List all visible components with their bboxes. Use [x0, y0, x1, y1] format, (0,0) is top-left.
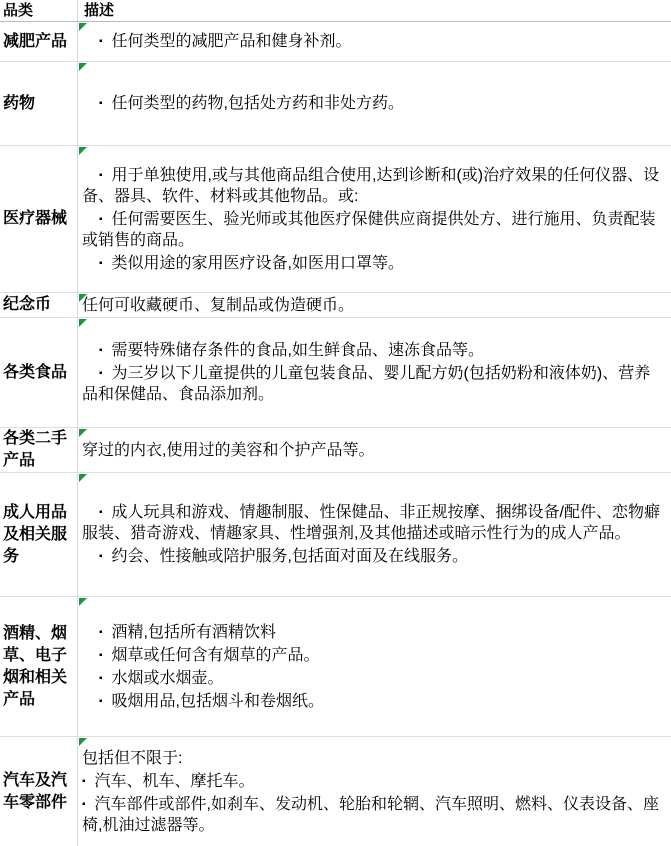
bullet-icon: ▪ [82, 776, 86, 787]
description-line: ▪为三岁以下儿童提供的儿童包装食品、婴儿配方奶(包括奶粉和液体奶)、营养品和保健… [82, 363, 663, 405]
category-cell[interactable]: 减肥产品 [0, 22, 78, 61]
bullet-icon: ▪ [99, 258, 103, 269]
category-cell[interactable]: 纪念币 [0, 293, 78, 317]
description-cell[interactable]: 穿过的内衣,使用过的美容和个护产品等。 [78, 428, 671, 472]
description-line: ▪任何需要医生、验光师或其他医疗保健供应商提供处方、进行施用、负责配装或销售的商… [82, 209, 663, 251]
row-weight-loss-products: 减肥产品 ▪任何类型的减肥产品和健身补剂。 [0, 22, 671, 62]
category-cell[interactable]: 成人用品及相关服务 [0, 473, 78, 596]
description-cell[interactable]: ▪需要特殊储存条件的食品,如生鲜食品、速冻食品等。▪为三岁以下儿童提供的儿童包装… [78, 318, 671, 427]
cell-error-triangle-icon [79, 63, 87, 71]
category-cell[interactable]: 药物 [0, 62, 78, 145]
category-cell[interactable]: 医疗器械 [0, 146, 78, 292]
row-drugs: 药物 ▪任何类型的药物,包括处方药和非处方药。 [0, 62, 671, 146]
prohibited-products-table: 品类 描述 减肥产品 ▪任何类型的减肥产品和健身补剂。 药物 ▪任何类型的药物,… [0, 0, 671, 846]
row-commemorative-coins: 纪念币 任何可收藏硬币、复制品或伪造硬币。 [0, 293, 671, 318]
description-line: ▪类似用途的家用医疗设备,如医用口罩等。 [82, 253, 663, 274]
cell-error-triangle-icon [79, 23, 87, 31]
cell-error-triangle-icon [79, 319, 87, 327]
description-cell[interactable]: 包括但不限于:▪汽车、机车、摩托车。▪汽车部件或部件,如刹车、发动机、轮胎和轮辋… [78, 737, 671, 846]
description-cell[interactable]: ▪成人玩具和游戏、情趣制服、性保健品、非正规按摩、捆绑设备/配件、恋物癖服装、猎… [78, 473, 671, 596]
category-label: 各类食品 [3, 362, 67, 384]
row-medical-devices: 医疗器械 ▪用于单独使用,或与其他商品组合使用,达到诊断和(或)治疗效果的任何仪… [0, 146, 671, 293]
header-cell-category: 品类 [0, 0, 78, 21]
description-line: 任何可收藏硬币、复制品或伪造硬币。 [82, 295, 663, 316]
bullet-icon: ▪ [99, 696, 103, 707]
category-cell[interactable]: 汽车及汽车零部件 [0, 737, 78, 846]
description-cell[interactable]: ▪酒精,包括所有酒精饮料▪烟草或任何含有烟草的产品。▪水烟或水烟壶。▪吸烟用品,… [78, 597, 671, 736]
bullet-icon: ▪ [99, 650, 103, 661]
description-line: ▪任何类型的减肥产品和健身补剂。 [82, 31, 663, 52]
bullet-icon: ▪ [99, 214, 103, 225]
cell-error-triangle-icon [79, 429, 87, 437]
cell-error-triangle-icon [79, 738, 87, 746]
description-line: ▪吸烟用品,包括烟斗和卷烟纸。 [82, 691, 663, 712]
cell-error-triangle-icon [79, 598, 87, 606]
cell-error-triangle-icon [79, 294, 87, 302]
category-cell[interactable]: 各类二手产品 [0, 428, 78, 472]
bullet-icon: ▪ [99, 98, 103, 109]
description-line: ▪约会、性接触或陪护服务,包括面对面及在线服务。 [82, 546, 663, 567]
bullet-icon: ▪ [99, 170, 103, 181]
category-label: 各类二手产品 [3, 428, 70, 472]
category-label: 减肥产品 [3, 31, 67, 53]
cell-error-triangle-icon [79, 147, 87, 155]
bullet-icon: ▪ [99, 345, 103, 356]
row-various-foods: 各类食品 ▪需要特殊储存条件的食品,如生鲜食品、速冻食品等。▪为三岁以下儿童提供… [0, 318, 671, 428]
description-line: ▪水烟或水烟壶。 [82, 668, 663, 689]
category-label: 汽车及汽车零部件 [3, 770, 70, 814]
description-line: ▪汽车、机车、摩托车。 [82, 771, 663, 792]
description-line: ▪烟草或任何含有烟草的产品。 [82, 645, 663, 666]
description-line: ▪需要特殊储存条件的食品,如生鲜食品、速冻食品等。 [82, 340, 663, 361]
bullet-icon: ▪ [99, 673, 103, 684]
description-line: ▪成人玩具和游戏、情趣制服、性保健品、非正规按摩、捆绑设备/配件、恋物癖服装、猎… [82, 502, 663, 544]
description-cell[interactable]: ▪任何类型的药物,包括处方药和非处方药。 [78, 62, 671, 145]
bullet-icon: ▪ [99, 551, 103, 562]
bullet-icon: ▪ [99, 368, 103, 379]
description-cell[interactable]: 任何可收藏硬币、复制品或伪造硬币。 [78, 293, 671, 317]
row-secondhand-products: 各类二手产品 穿过的内衣,使用过的美容和个护产品等。 [0, 428, 671, 473]
description-line: 穿过的内衣,使用过的美容和个护产品等。 [82, 440, 663, 461]
row-adult-products-services: 成人用品及相关服务 ▪成人玩具和游戏、情趣制服、性保健品、非正规按摩、捆绑设备/… [0, 473, 671, 597]
bullet-icon: ▪ [99, 36, 103, 47]
category-label: 纪念币 [3, 294, 51, 316]
description-line: ▪任何类型的药物,包括处方药和非处方药。 [82, 93, 663, 114]
cell-error-triangle-icon [79, 474, 87, 482]
description-cell[interactable]: ▪用于单独使用,或与其他商品组合使用,达到诊断和(或)治疗效果的任何仪器、设备、… [78, 146, 671, 292]
description-line: 包括但不限于: [82, 748, 663, 769]
bullet-icon: ▪ [82, 799, 86, 810]
category-label: 医疗器械 [3, 208, 67, 230]
category-label: 药物 [3, 93, 35, 115]
bullet-icon: ▪ [99, 627, 103, 638]
bullet-icon: ▪ [99, 507, 103, 518]
table-header-row: 品类 描述 [0, 0, 671, 22]
header-cell-description: 描述 [78, 0, 671, 21]
category-cell[interactable]: 酒精、烟草、电子烟和相关产品 [0, 597, 78, 736]
row-vehicles-auto-parts: 汽车及汽车零部件 包括但不限于:▪汽车、机车、摩托车。▪汽车部件或部件,如刹车、… [0, 737, 671, 846]
header-description-label: 描述 [84, 2, 663, 20]
category-label: 酒精、烟草、电子烟和相关产品 [3, 623, 70, 711]
header-category-label: 品类 [3, 2, 33, 20]
description-line: ▪酒精,包括所有酒精饮料 [82, 622, 663, 643]
description-line: ▪汽车部件或部件,如刹车、发动机、轮胎和轮辋、汽车照明、燃料、仪表设备、座椅,机… [82, 794, 663, 836]
description-cell[interactable]: ▪任何类型的减肥产品和健身补剂。 [78, 22, 671, 61]
description-line: ▪用于单独使用,或与其他商品组合使用,达到诊断和(或)治疗效果的任何仪器、设备、… [82, 165, 663, 207]
category-label: 成人用品及相关服务 [3, 502, 70, 568]
row-alcohol-tobacco-vape: 酒精、烟草、电子烟和相关产品 ▪酒精,包括所有酒精饮料▪烟草或任何含有烟草的产品… [0, 597, 671, 737]
category-cell[interactable]: 各类食品 [0, 318, 78, 427]
